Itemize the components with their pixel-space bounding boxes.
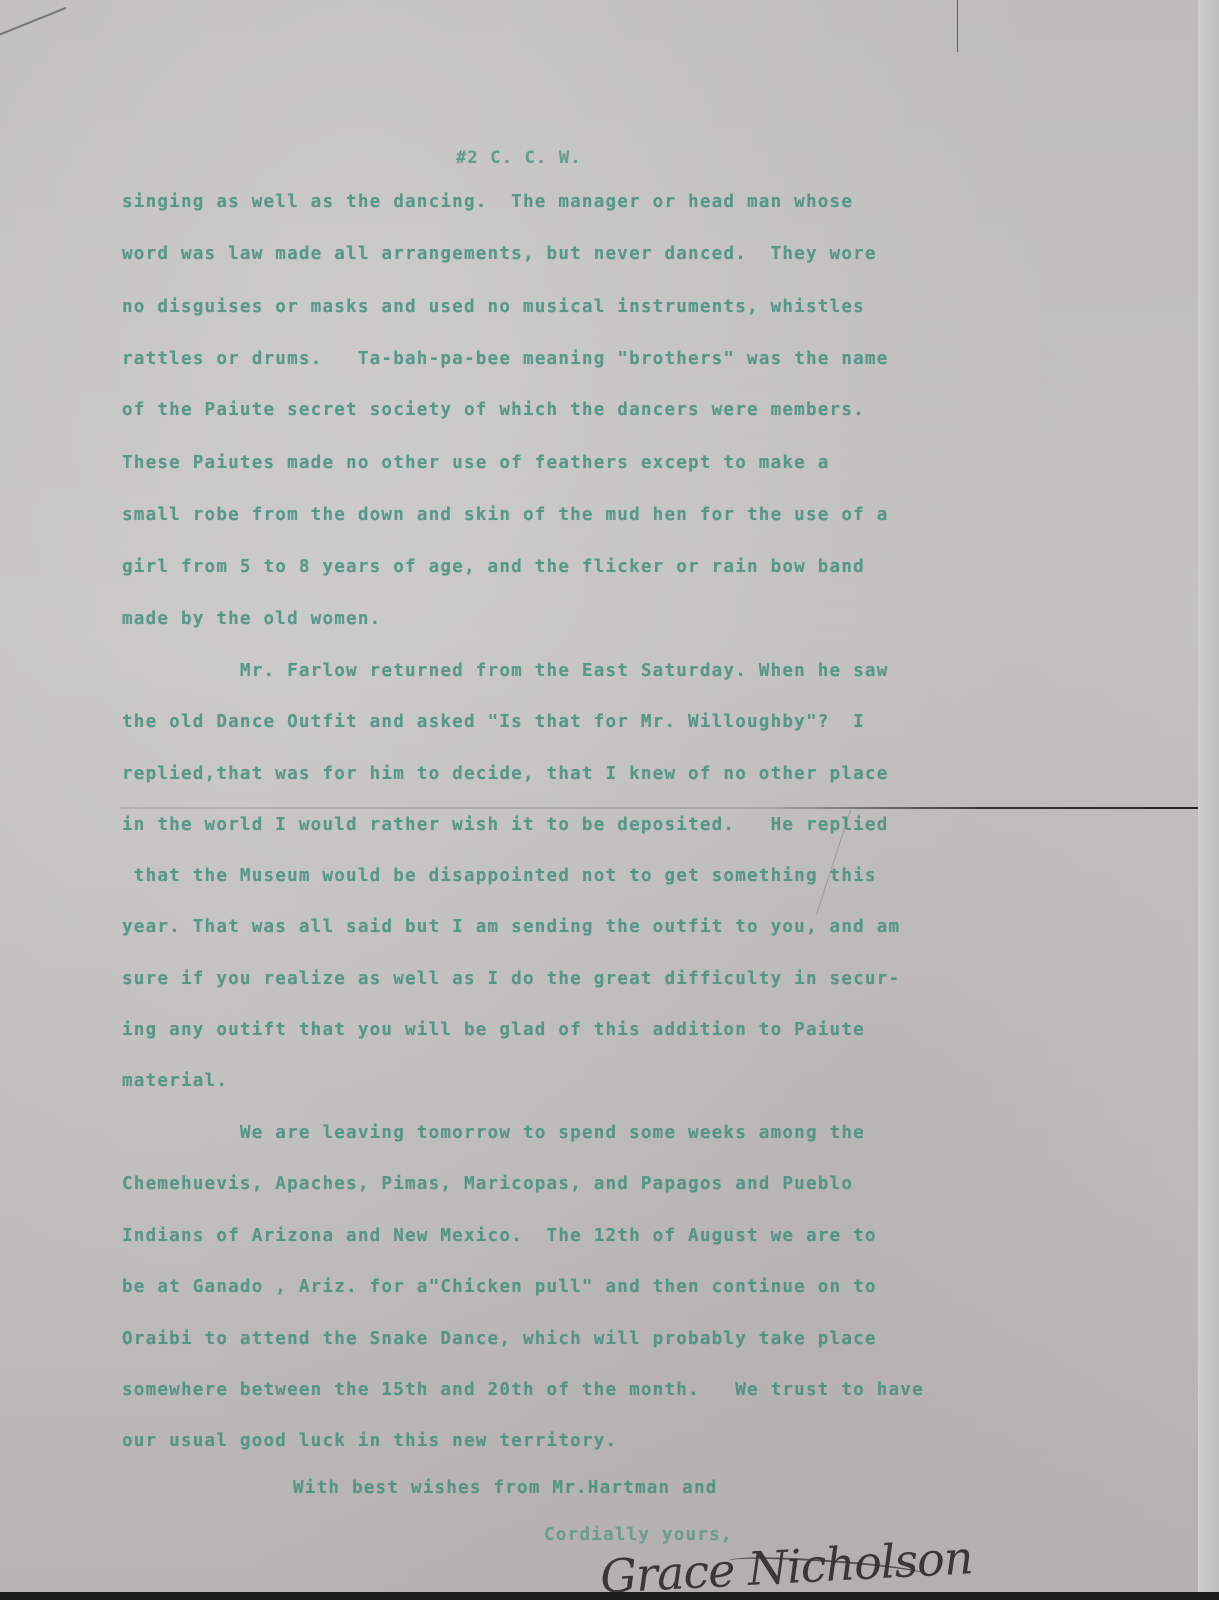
text-line: of the Paiute secret society of which th… [122, 400, 865, 420]
text-line: be at Ganado , Ariz. for a"Chicken pull"… [122, 1277, 877, 1297]
text-line: singing as well as the dancing. The mana… [122, 192, 853, 212]
text-line: that the Museum would be disappointed no… [122, 866, 877, 886]
text-line: girl from 5 to 8 years of age, and the f… [122, 557, 865, 577]
closing-note: With best wishes from Mr.Hartman and [293, 1478, 718, 1498]
text-line: word was law made all arrangements, but … [122, 244, 877, 264]
text-line: Oraibi to attend the Snake Dance, which … [122, 1329, 877, 1349]
valediction: Cordially yours, [544, 1525, 733, 1545]
text-line: no disguises or masks and used no musica… [122, 297, 865, 317]
paper-crease-mark [957, 0, 958, 52]
text-line: somewhere between the 15th and 20th of t… [122, 1380, 924, 1400]
text-line: year. That was all said but I am sending… [122, 917, 900, 937]
text-line: Chemehuevis, Apaches, Pimas, Maricopas, … [122, 1174, 853, 1194]
text-line: ing any outift that you will be glad of … [122, 1020, 865, 1040]
text-line: Mr. Farlow returned from the East Saturd… [122, 661, 889, 681]
page-header: #2 C. C. W. [456, 148, 582, 168]
text-line: our usual good luck in this new territor… [122, 1431, 617, 1451]
text-line: Indians of Arizona and New Mexico. The 1… [122, 1226, 877, 1246]
text-line: We are leaving tomorrow to spend some we… [122, 1123, 865, 1143]
background-edge [1198, 0, 1219, 1600]
text-line: material. [122, 1071, 228, 1091]
letter-page: #2 C. C. W. singing as well as the danci… [0, 0, 1198, 1592]
text-line: sure if you realize as well as I do the … [122, 969, 900, 989]
paper-fold-line [120, 807, 1198, 809]
text-line: rattles or drums. Ta-bah-pa-bee meaning … [122, 349, 889, 369]
text-line: made by the old women. [122, 609, 381, 629]
text-line: in the world I would rather wish it to b… [122, 815, 889, 835]
text-line: the old Dance Outfit and asked "Is that … [122, 712, 865, 732]
text-line: small robe from the down and skin of the… [122, 505, 889, 525]
background-edge-bottom [0, 1592, 1219, 1600]
text-line: replied,that was for him to decide, that… [122, 764, 889, 784]
corner-fold-mark [0, 0, 66, 39]
text-line: These Paiutes made no other use of feath… [122, 453, 830, 473]
